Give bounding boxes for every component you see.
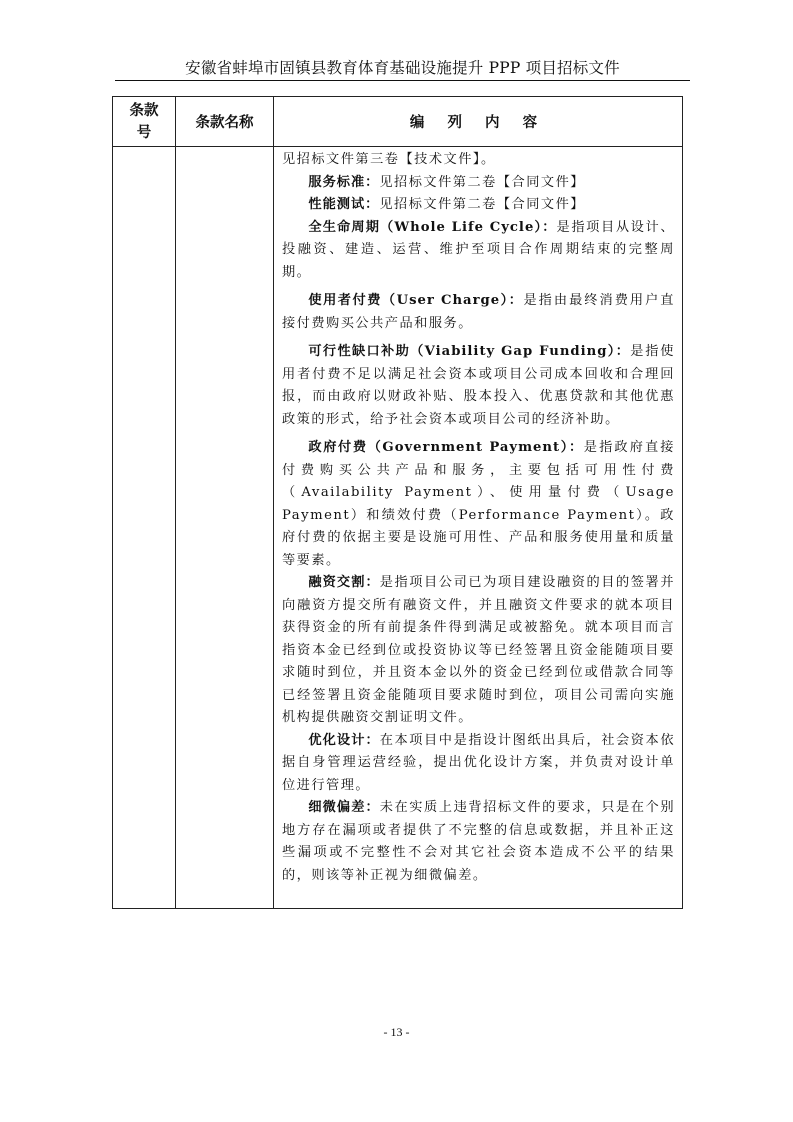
table-header-row: 条款 号 条款名称 编 列 内 容 — [113, 97, 683, 147]
term-label: 优化设计： — [308, 733, 379, 748]
paragraph-viability-gap-funding: 可行性缺口补助（Viability Gap Funding）：是指使用者付费不足… — [282, 341, 675, 431]
column-header-content: 编 列 内 容 — [274, 97, 683, 147]
paragraph-text: 见招标文件第三卷【技术文件】。 — [282, 152, 496, 167]
column-header-clause-name: 条款名称 — [176, 97, 274, 147]
term-label: 服务标准： — [308, 175, 379, 190]
paragraph-service-standard: 服务标准：见招标文件第二卷【合同文件】 — [282, 172, 675, 195]
paragraph-government-payment: 政府付费（Government Payment）：是指政府直接付费购买公共产品和… — [282, 437, 675, 572]
term-label: 融资交割： — [308, 575, 379, 590]
paragraph-performance-test: 性能测试：见招标文件第二卷【合同文件】 — [282, 194, 675, 217]
paragraph-financial-close: 融资交割：是指项目公司已为项目建设融资的目的签署并向融资方提交所有融资文件，并且… — [282, 572, 675, 730]
document-header-title: 安徽省蚌埠市固镇县教育体育基础设施提升 PPP 项目招标文件 — [115, 58, 690, 78]
term-label: 全生命周期（Whole Life Cycle）： — [308, 220, 556, 235]
paragraph-text: 是指政府直接付费购买公共产品和服务，主要包括可用性付费（Availability… — [282, 440, 675, 568]
term-label: 使用者付费（User Charge）： — [308, 293, 523, 308]
content-cell: 见招标文件第三卷【技术文件】。 服务标准：见招标文件第二卷【合同文件】 性能测试… — [274, 147, 683, 909]
term-label: 政府付费（Government Payment）： — [308, 440, 583, 455]
term-label: 细微偏差： — [308, 800, 379, 815]
clause-name-cell — [176, 147, 274, 909]
page-number: - 13 - — [0, 1025, 793, 1040]
clause-number-cell — [113, 147, 176, 909]
term-label: 性能测试： — [308, 197, 379, 212]
paragraph-tech-docs-ref: 见招标文件第三卷【技术文件】。 — [282, 149, 675, 172]
paragraph-minor-deviation: 细微偏差：未在实质上违背招标文件的要求，只是在个别地方存在漏项或者提供了不完整的… — [282, 797, 675, 887]
clause-number-header-line2: 号 — [113, 122, 175, 144]
paragraph-text: 见招标文件第二卷【合同文件】 — [379, 175, 585, 190]
paragraph-text: 是指项目公司已为项目建设融资的目的签署并向融资方提交所有融资文件，并且融资文件要… — [282, 575, 675, 725]
clause-table: 条款 号 条款名称 编 列 内 容 见招标文件第三卷【技术文件】。 服务标准：见… — [112, 96, 683, 909]
paragraph-whole-life-cycle: 全生命周期（Whole Life Cycle）：是指项目从设计、投融资、建造、运… — [282, 217, 675, 285]
paragraph-optimized-design: 优化设计：在本项目中是指设计图纸出具后，社会资本依据自身管理运营经验，提出优化设… — [282, 730, 675, 798]
paragraph-user-charge: 使用者付费（User Charge）：是指由最终消费用户直接付费购买公共产品和服… — [282, 290, 675, 335]
table-row: 见招标文件第三卷【技术文件】。 服务标准：见招标文件第二卷【合同文件】 性能测试… — [113, 147, 683, 909]
column-header-clause-number: 条款 号 — [113, 97, 176, 147]
clause-number-header-line1: 条款 — [113, 100, 175, 122]
paragraph-text: 见招标文件第二卷【合同文件】 — [379, 197, 585, 212]
term-label: 可行性缺口补助（Viability Gap Funding）： — [308, 344, 630, 359]
header-divider — [115, 80, 690, 81]
